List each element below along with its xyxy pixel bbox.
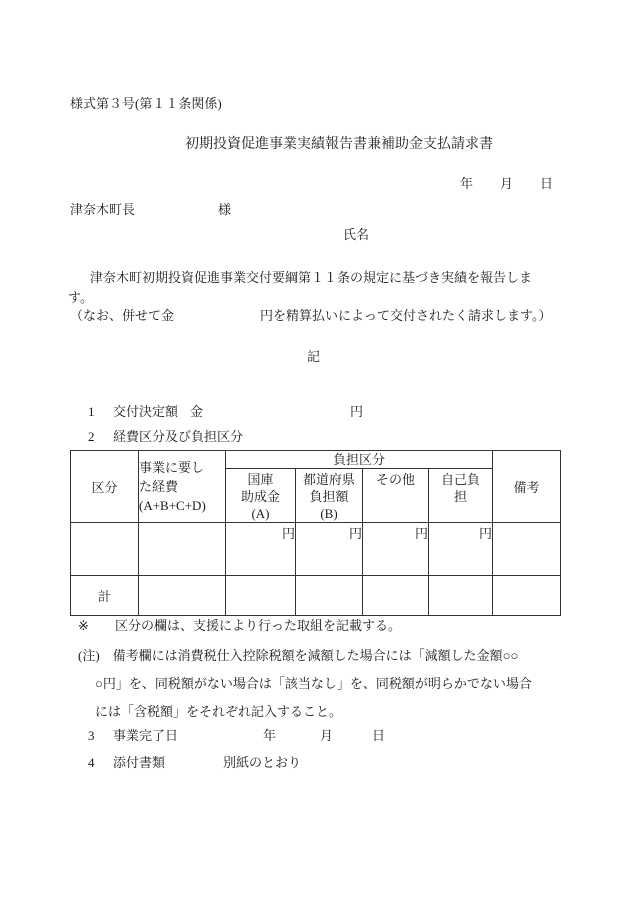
- cell-national-unit: 円: [226, 523, 296, 576]
- body-line-3-left: （なお、併せて金: [70, 308, 174, 324]
- col-header-expense: 事業に要し た経費 (A+B+C+D): [139, 451, 226, 523]
- date-day-label: 日: [540, 176, 553, 192]
- body-line-3-right: 円を精算払いによって交付されたく請求します。）: [260, 308, 551, 324]
- item4-label: 添付書類: [113, 755, 165, 771]
- note1-marker: ※: [78, 618, 89, 634]
- cell-total-self-blank: [429, 576, 493, 616]
- table-row-total: 計: [71, 576, 561, 616]
- page-title: 初期投資促進事業実績報告書兼補助金支払請求書: [185, 137, 493, 154]
- cell-category-blank: [71, 523, 139, 576]
- item4-number: 4: [88, 755, 95, 771]
- record-heading: 記: [307, 349, 320, 365]
- col-header-national-subsidy: 国庫 助成金 (A): [226, 469, 296, 523]
- item4-value: 別紙のとおり: [223, 755, 301, 771]
- note2-line-2: ○円」を、同税額がない場合は「該当なし」を、同税額が明らかでない場合: [95, 676, 532, 692]
- col-header-category: 区分: [71, 451, 139, 523]
- cell-other-unit: 円: [363, 523, 429, 576]
- body-line-2: す。: [68, 290, 93, 306]
- col-header-burden-group: 負担区分: [226, 451, 493, 469]
- col-header-self-burden: 自己負 担: [429, 469, 493, 523]
- item2-label: 経費区分及び負担区分: [113, 429, 243, 445]
- item1-label: 交付決定額: [113, 404, 178, 420]
- col-header-remarks: 備考: [493, 451, 561, 523]
- addressee-name: 津奈木町長: [70, 202, 135, 218]
- cell-total-prefecture-blank: [296, 576, 363, 616]
- cell-prefecture-unit: 円: [296, 523, 363, 576]
- cell-total-other-blank: [363, 576, 429, 616]
- note1-text: 区分の欄は、支援により行った取組を記載する。: [115, 618, 401, 634]
- item3-number: 3: [88, 728, 95, 744]
- col-header-prefecture-share: 都道府県 負担額 (B): [296, 469, 363, 523]
- cell-self-unit: 円: [429, 523, 493, 576]
- item3-month-label: 月: [320, 728, 333, 744]
- item3-label: 事業完了日: [113, 728, 178, 744]
- cell-expense-blank: [139, 523, 226, 576]
- signer-name-label: 氏名: [343, 227, 369, 243]
- cell-total-national-blank: [226, 576, 296, 616]
- cost-breakdown-table: 区分 事業に要し た経費 (A+B+C+D) 負担区分 備考 国庫 助成金 (A…: [70, 450, 561, 616]
- cell-total-remarks-blank: [493, 576, 561, 616]
- item1-amount-prefix: 金: [190, 404, 203, 420]
- item2-number: 2: [88, 429, 95, 445]
- table-row-entry: 円 円 円 円: [71, 523, 561, 576]
- item1-number: 1: [88, 404, 95, 420]
- body-line-1: 津奈木町初期投資促進事業交付要綱第１１条の規定に基づき実績を報告しま: [90, 270, 532, 286]
- form-page: 様式第３号(第１１条関係) 初期投資促進事業実績報告書兼補助金支払請求書 年 月…: [0, 0, 630, 903]
- item3-day-label: 日: [372, 728, 385, 744]
- date-month-label: 月: [500, 176, 513, 192]
- note2-line-3: には「含税額」をそれぞれ記入すること。: [95, 704, 342, 720]
- date-year-label: 年: [460, 176, 473, 192]
- cell-remarks-blank: [493, 523, 561, 576]
- cell-total-label: 計: [71, 576, 139, 616]
- item1-amount-suffix: 円: [350, 404, 363, 420]
- item3-year-label: 年: [263, 728, 276, 744]
- note2-line-1: (注) 備考欄には消費税仕入控除税額を減額した場合には「減額した金額○○: [78, 648, 518, 664]
- col-header-other: その他: [363, 469, 429, 523]
- form-number: 様式第３号(第１１条関係): [70, 96, 222, 112]
- cell-total-expense-blank: [139, 576, 226, 616]
- addressee-honorific: 様: [218, 202, 231, 218]
